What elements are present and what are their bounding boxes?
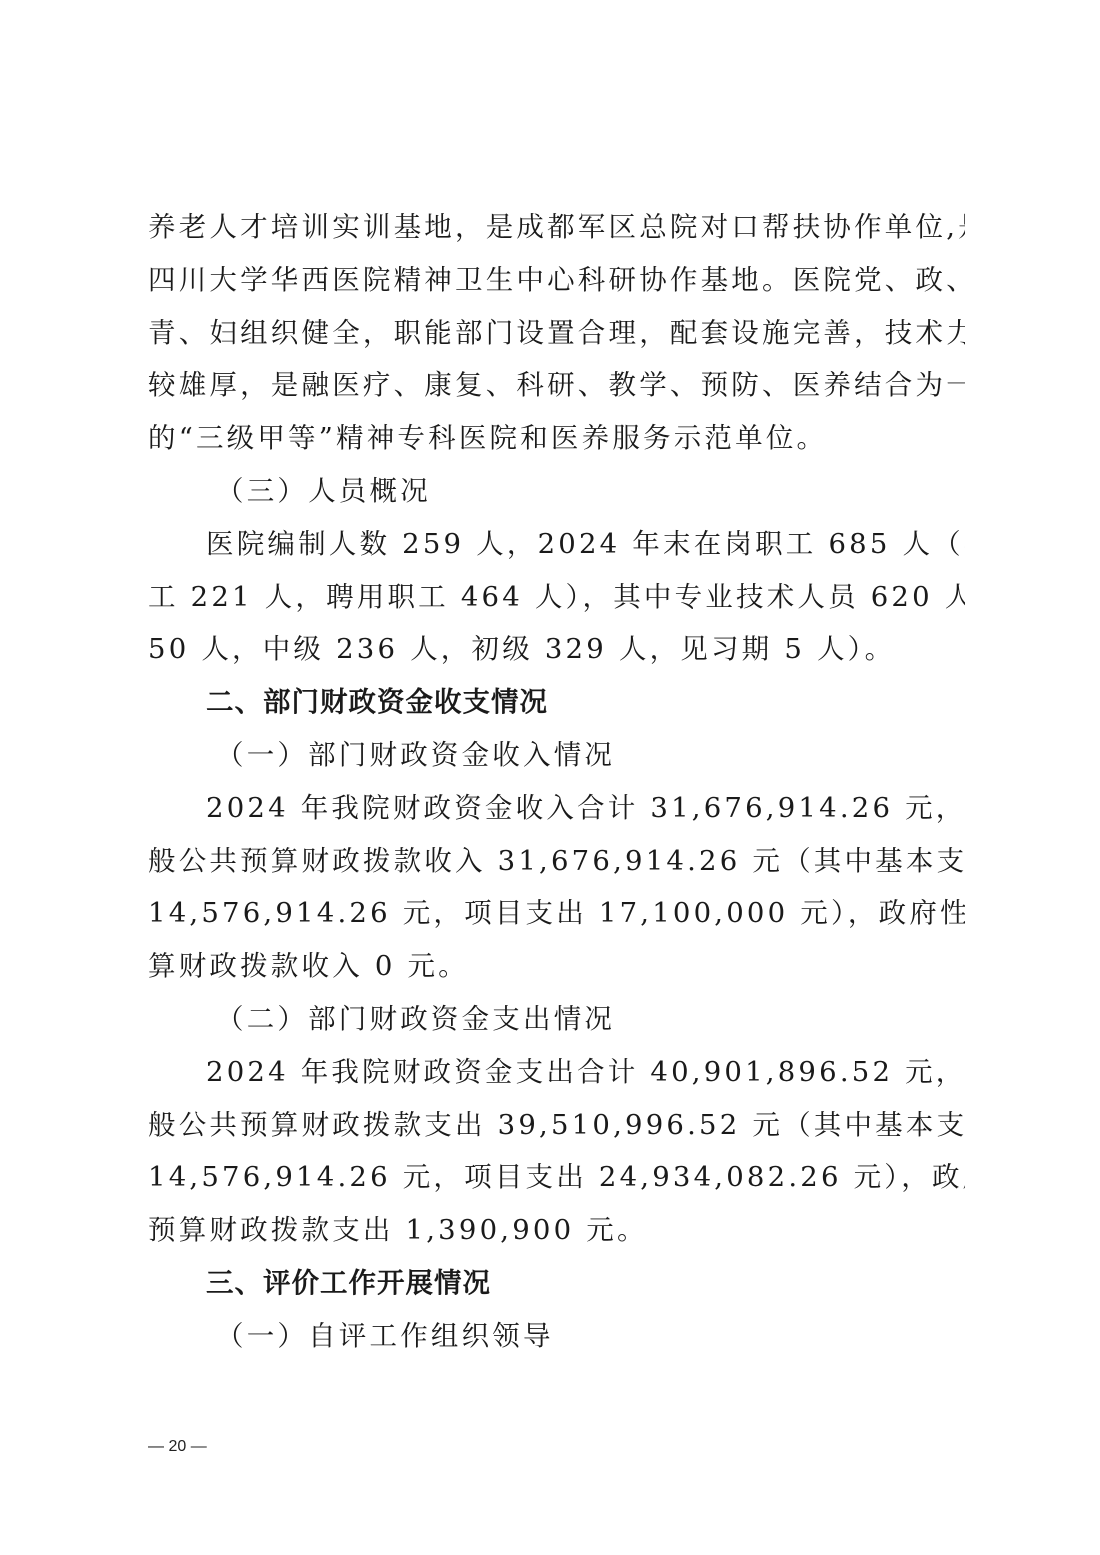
text-line: 50 人，中级 236 人，初级 329 人，见习期 5 人）。 <box>148 623 965 676</box>
text-line: 医院编制人数 259 人，2024 年末在岗职工 685 人（在编职 <box>148 518 965 571</box>
page-number: — 20 — <box>148 1438 207 1456</box>
text-line: 工 221 人，聘用职工 464 人），其中专业技术人员 620 人（高级 <box>148 571 965 624</box>
text-line: 养老人才培训实训基地，是成都军区总院对口帮扶协作单位,是 <box>148 201 965 254</box>
text-line: 14,576,914.26 元，项目支出 17,100,000 元），政府性基金… <box>148 887 965 940</box>
text-line: 预算财政拨款支出 1,390,900 元。 <box>148 1204 965 1257</box>
text-line: 青、妇组织健全，职能部门设置合理，配套设施完善，技术力量 <box>148 307 965 360</box>
paragraph-hospital-overview: 养老人才培训实训基地，是成都军区总院对口帮扶协作单位,是 四川大学华西医院精神卫… <box>148 201 965 465</box>
subheading-staff-overview: （三）人员概况 <box>148 465 965 518</box>
subheading-fiscal-income: （一）部门财政资金收入情况 <box>148 729 965 782</box>
text-line: 般公共预算财政拨款支出 39,510,996.52 元（其中基本支出 <box>148 1099 965 1152</box>
text-line: 2024 年我院财政资金支出合计 40,901,896.52 元，其中一 <box>148 1046 965 1099</box>
text-line: 较雄厚，是融医疗、康复、科研、教学、预防、医养结合为一体 <box>148 359 965 412</box>
paragraph-staff: 医院编制人数 259 人，2024 年末在岗职工 685 人（在编职 工 221… <box>148 518 965 676</box>
text-line: 四川大学华西医院精神卫生中心科研协作基地。医院党、政、工、 <box>148 254 965 307</box>
text-line: 算财政拨款收入 0 元。 <box>148 940 965 993</box>
paragraph-fiscal-expenditure: 2024 年我院财政资金支出合计 40,901,896.52 元，其中一 般公共… <box>148 1046 965 1257</box>
text-line: 般公共预算财政拨款收入 31,676,914.26 元（其中基本支出 <box>148 835 965 888</box>
text-line: 2024 年我院财政资金收入合计 31,676,914.26 元，其中一 <box>148 782 965 835</box>
text-line: 14,576,914.26 元，项目支出 24,934,082.26 元），政府… <box>148 1151 965 1204</box>
document-page: 养老人才培训实训基地，是成都军区总院对口帮扶协作单位,是 四川大学华西医院精神卫… <box>148 201 965 1363</box>
heading-fiscal-income-expenditure: 二、部门财政资金收支情况 <box>148 676 965 729</box>
heading-evaluation-work: 三、评价工作开展情况 <box>148 1257 965 1310</box>
subheading-self-evaluation-leadership: （一）自评工作组织领导 <box>148 1310 965 1363</box>
text-line: 的“三级甲等”精神专科医院和医养服务示范单位。 <box>148 412 965 465</box>
subheading-fiscal-expenditure: （二）部门财政资金支出情况 <box>148 993 965 1046</box>
paragraph-fiscal-income: 2024 年我院财政资金收入合计 31,676,914.26 元，其中一 般公共… <box>148 782 965 993</box>
